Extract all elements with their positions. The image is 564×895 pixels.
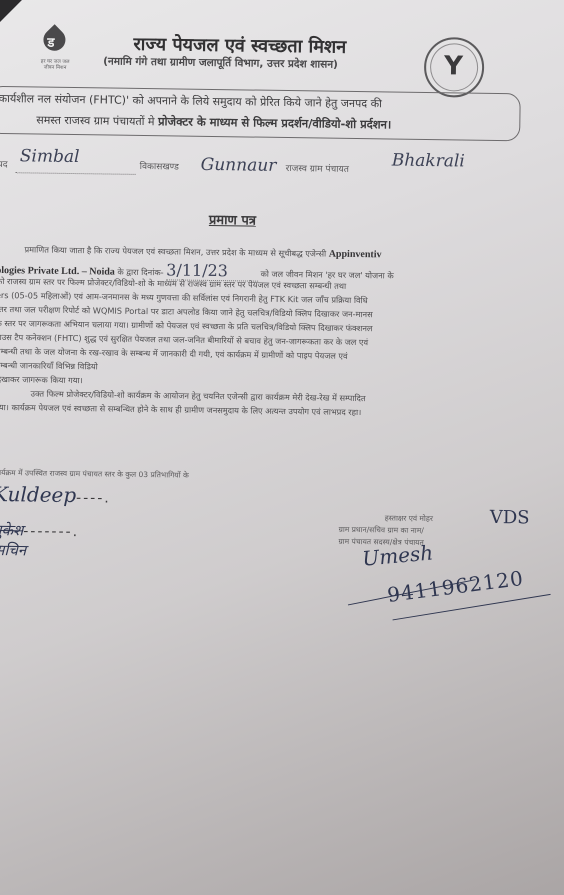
participant-3: सचिन [0,540,26,560]
paragraph-line-10: दिखाकर जागरूक किया गया। [0,374,83,386]
signatory-name: Umesh [361,540,434,570]
paragraph2-line-2: गया। कार्यक्रम पेयजल एवं स्वच्छता से सम्… [0,402,361,418]
participant-2: मुकेश-------. [0,520,79,541]
logo-caption: हर घर जल जल जीवन मिशन [35,58,75,71]
paragraph-line-7: हाउस टैप कनेक्शन (FHTC) शुद्ध एवं सुरक्ष… [0,332,368,348]
certificate-document: ड हर घर जल जल जीवन मिशन राज्य पेयजल एवं … [0,0,564,895]
signature-label-2: ग्राम प्रधान/सचिव ग्राम का नाम/ [339,525,424,536]
paragraph-line-8: सम्बन्धी तथा के जल योजना के रख-रखाव के स… [0,346,348,362]
district-value: Simbal [20,146,80,167]
participant-2-signature: मुकेश [0,521,23,539]
jal-jeevan-mission-logo: ड हर घर जल जल जीवन मिशन [35,28,76,85]
participant-1: Kuldeep----. [0,482,111,508]
up-government-emblem-icon: Y [424,37,485,98]
participant-3-signature: सचिन [0,541,26,559]
banner-line-2-text: समस्त राजस्व ग्राम पंचायतों मे [36,114,158,129]
district-label: पद [0,157,8,170]
block-label: विकासखण्ड [140,159,179,173]
banner-line-2-bold: प्रोजेक्टर के माध्यम से फिल्म प्रदर्शन/व… [158,114,391,131]
panchayat-value: Bhakrali [392,150,465,171]
line-text: को जल जीवन मिशन 'हर घर जल' योजना के [260,269,393,281]
paragraph-line-1: प्रमाणित किया जाता है कि राज्य पेयजल एवं… [24,244,381,260]
agency-name: Appinventiv [329,249,382,261]
certificate-heading: प्रमाण पत्र [209,210,256,229]
participants-label: कार्यक्रम में उपस्थित राजस्व ग्राम पंचाय… [0,468,189,481]
paragraph-line-5: स्तर तथा जल परीक्षण रिपोर्ट को WQMIS Por… [0,304,373,320]
signature-dash: -------. [23,523,79,540]
date-label: के द्वारा दिनांक- [117,267,163,278]
signature-dash: ----. [76,490,111,506]
line-text: प्रमाणित किया जाता है कि राज्य पेयजल एवं… [24,244,326,258]
paragraph-line-9: सम्बन्धी जानकारियाँ विभिन्न विडियो [0,360,98,372]
participant-1-signature: Kuldeep [0,482,76,507]
document-subtitle: (नमामि गंगे तथा ग्रामीण जलापूर्ति विभाग,… [103,54,338,71]
paragraph-line-4: ers (05-05 महिलाओं) एवं आम-जनमानस के मध्… [0,290,368,306]
paragraph-line-6: के स्तर पर जागरूकता अभियान चलाया गया। ग्… [0,318,373,334]
signature-label-1: हस्ताक्षर एवं मोहर [385,513,433,524]
district-line [16,172,136,175]
panchayat-label: राजस्व ग्राम पंचायत [286,161,349,175]
logo-glyph: ड [47,33,54,51]
block-value: Gunnaur [201,155,277,176]
emblem-glyph: Y [444,51,463,81]
signature-initials: VDS [490,507,530,529]
paragraph2-line-1: उक्त फिल्म प्रोजेक्टर/विडियो-शो कार्यक्र… [30,388,365,404]
